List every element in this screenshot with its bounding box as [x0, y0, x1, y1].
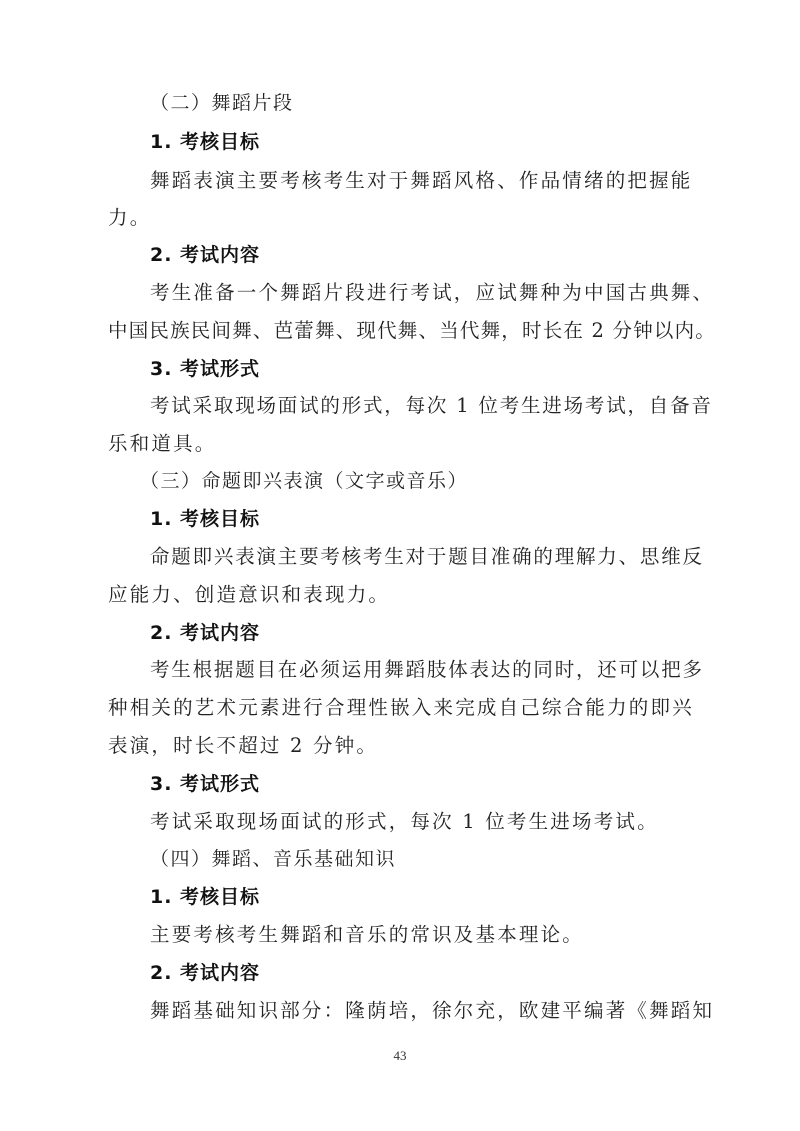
- paragraph-line: 种相关的艺术元素进行合理性嵌入来完成自己综合能力的即兴: [108, 695, 708, 721]
- subheading-goal: 1. 考核目标: [150, 129, 750, 155]
- paragraph-line: 乐和道具。: [108, 431, 708, 457]
- paragraph-line: 命题即兴表演主要考核考生对于题目准确的理解力、思维反: [150, 544, 750, 570]
- section-title-2: （二）舞蹈片段: [150, 90, 750, 116]
- paragraph-line: 中国民族民间舞、芭蕾舞、现代舞、当代舞，时长在 2 分钟以内。: [108, 318, 708, 344]
- subheading-format: 3. 考试形式: [150, 771, 750, 797]
- paragraph-line: 表演，时长不超过 2 分钟。: [108, 733, 708, 759]
- document-page: （二）舞蹈片段 1. 考核目标 舞蹈表演主要考核考生对于舞蹈风格、作品情绪的把握…: [0, 0, 800, 1131]
- subheading-goal: 1. 考核目标: [150, 506, 750, 532]
- paragraph-line: 考试采取现场面试的形式，每次 1 位考生进场考试，自备音: [150, 393, 750, 419]
- subheading-content: 2. 考试内容: [150, 960, 750, 986]
- paragraph-line: 应能力、创造意识和表现力。: [108, 582, 708, 608]
- paragraph-line: 力。: [108, 205, 708, 231]
- paragraph-line: 主要考核考生舞蹈和音乐的常识及基本理论。: [150, 922, 750, 948]
- paragraph-line: 考生根据题目在必须运用舞蹈肢体表达的同时，还可以把多: [150, 657, 750, 683]
- section-title-4: （四）舞蹈、音乐基础知识: [150, 846, 750, 872]
- section-title-3: （三）命题即兴表演（文字或音乐）: [140, 468, 740, 494]
- page-number: 43: [0, 1048, 800, 1064]
- subheading-format: 3. 考试形式: [150, 356, 750, 382]
- paragraph-line: 考生准备一个舞蹈片段进行考试，应试舞种为中国古典舞、: [150, 280, 750, 306]
- paragraph-line: 舞蹈表演主要考核考生对于舞蹈风格、作品情绪的把握能: [150, 168, 750, 194]
- subheading-content: 2. 考试内容: [150, 242, 750, 268]
- paragraph-line: 考试采取现场面试的形式，每次 1 位考生进场考试。: [150, 809, 750, 835]
- subheading-goal: 1. 考核目标: [150, 884, 750, 910]
- subheading-content: 2. 考试内容: [150, 620, 750, 646]
- paragraph-line: 舞蹈基础知识部分：隆荫培，徐尔充，欧建平编著《舞蹈知: [150, 998, 750, 1024]
